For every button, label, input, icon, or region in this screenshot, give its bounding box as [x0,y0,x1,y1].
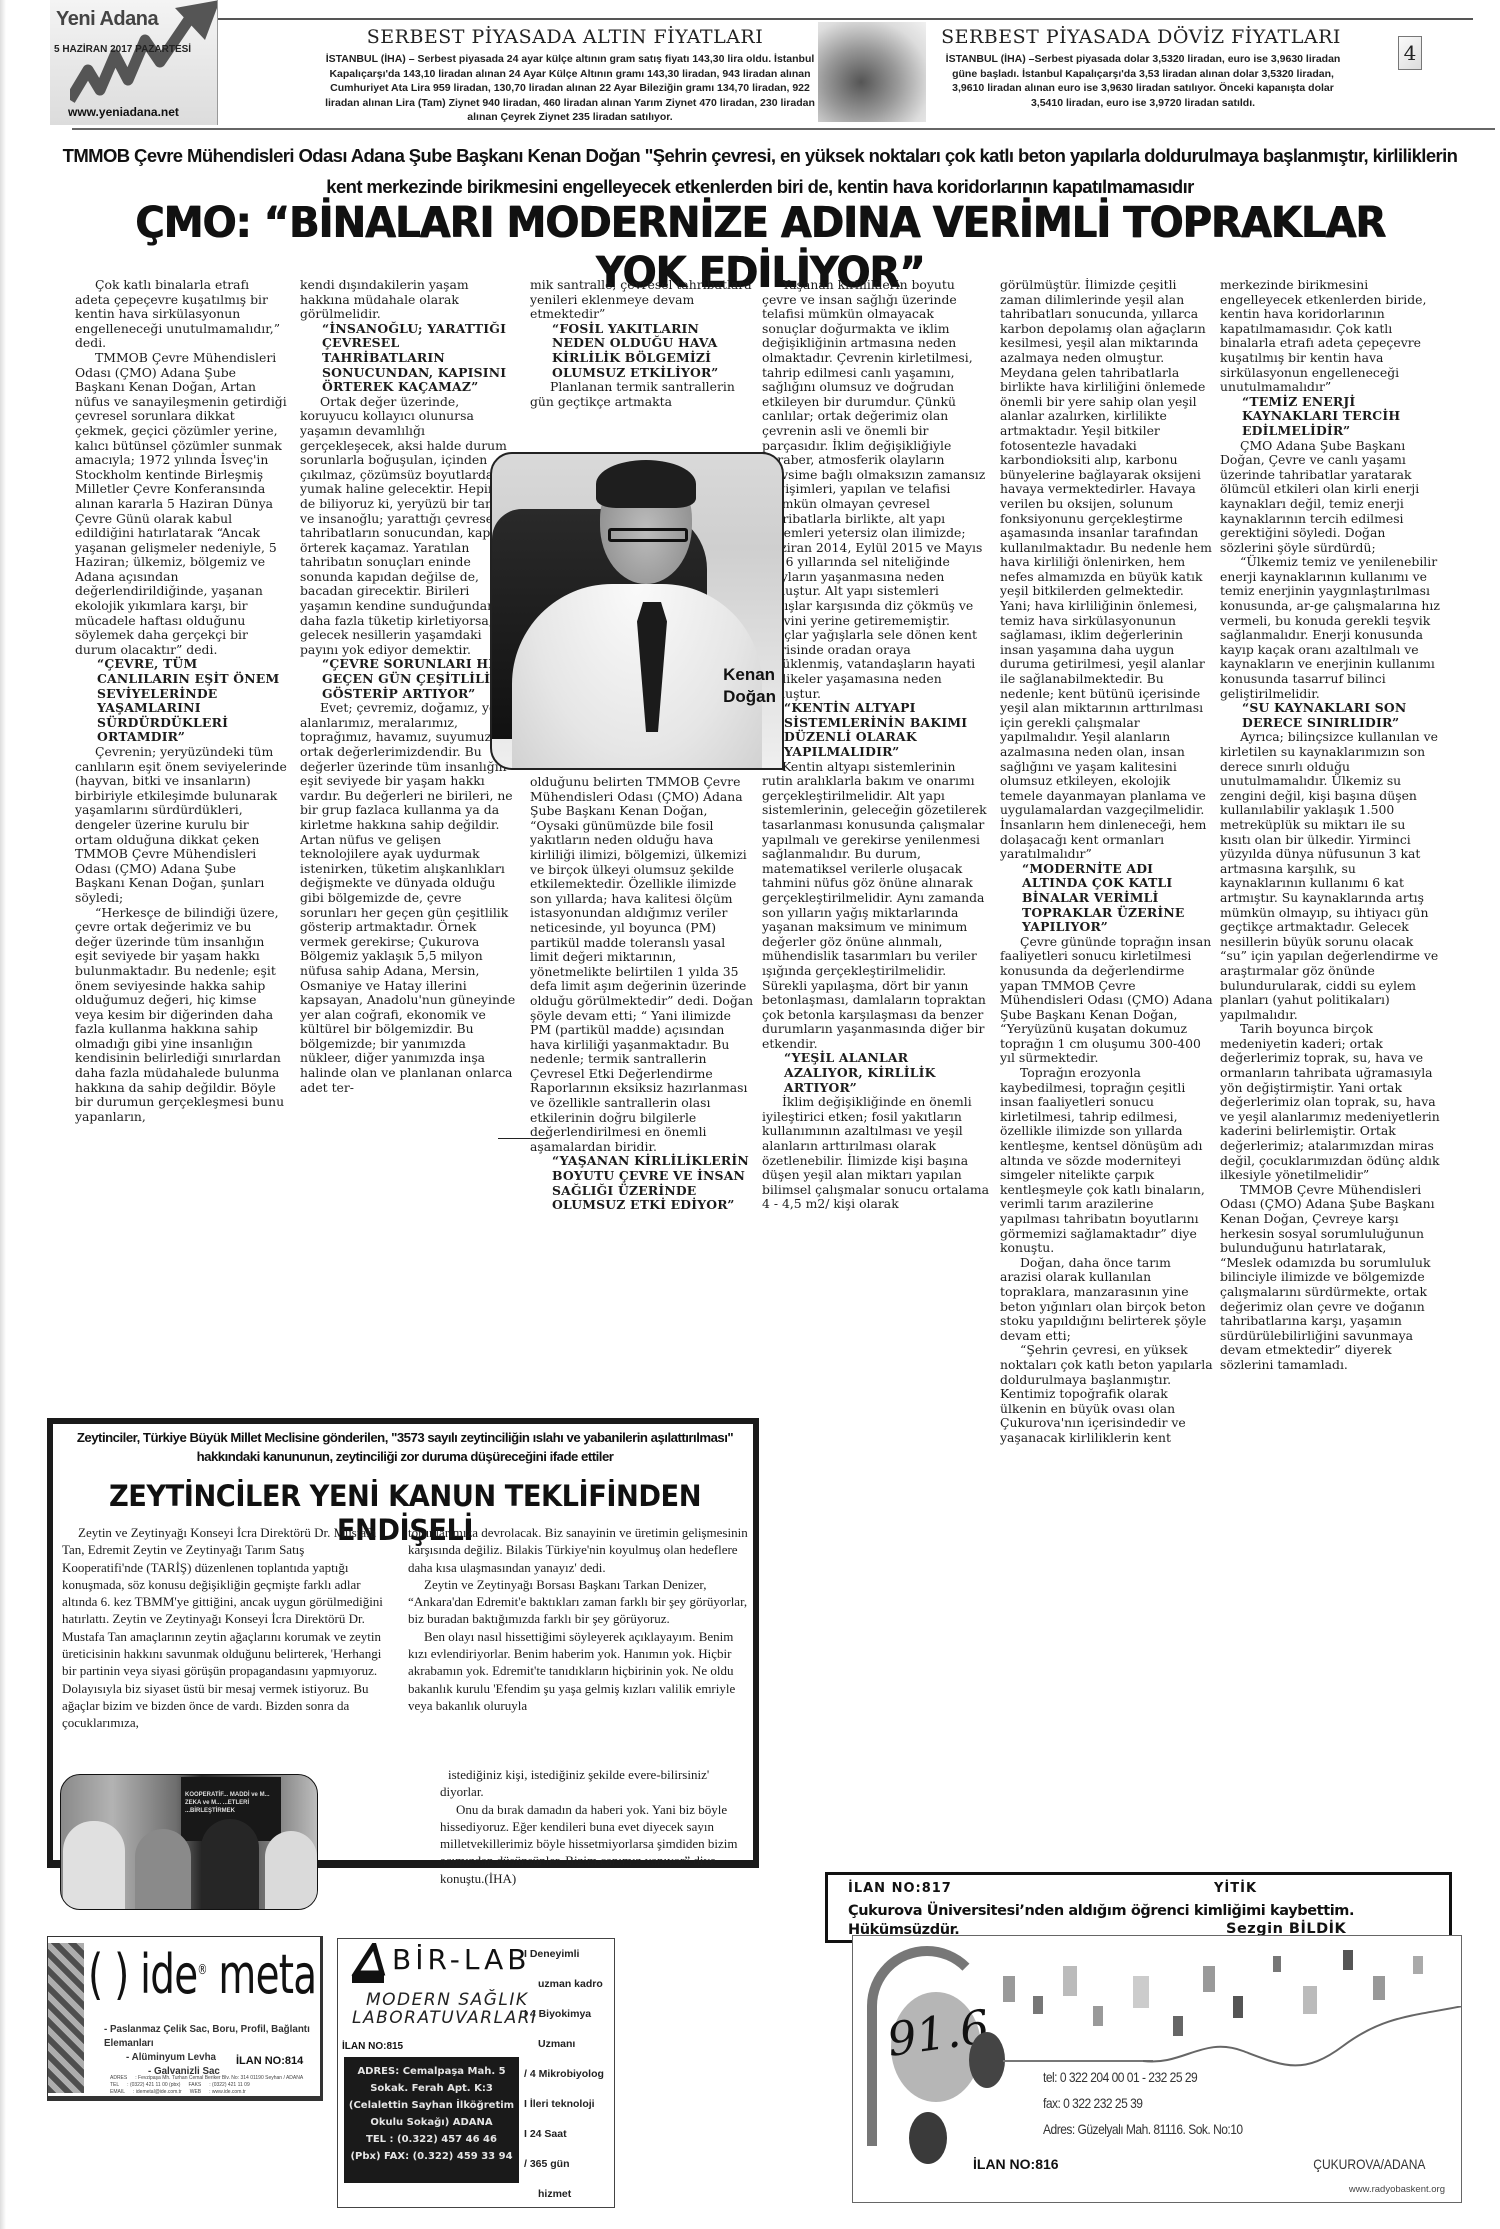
article-column-5: görülmüştür. İlimizde çeşitli zaman dili… [1000,278,1215,1868]
article-column-2: kendi dışındakilerin yaşam hakkına müdah… [300,278,520,1410]
page-number-icon: 4 [1398,36,1422,70]
paragraph: Kentin altyapı sistemlerinin rutin aralı… [762,760,990,1052]
money-image [818,22,926,122]
paragraph: Planlanan termik santrallerin gün geçtik… [530,380,754,409]
radio-website-link[interactable]: www.radyobaskent.org [1349,2184,1445,2195]
olive-meeting-photo: KOOPERATİF... MADDİ ve M... ZEKA ve M...… [60,1774,318,1910]
section-subheading: “YEŞİL ALANLAR AZALIYOR, KİRLİLİK ARTIYO… [762,1051,990,1095]
section-subheading: “MODERNİTE ADI ALTINDA ÇOK KATLI BİNALAR… [1000,862,1215,935]
paragraph: “Herkesçe de bilindiği üzere, çevre orta… [75,906,287,1125]
paragraph: merkezinde birikmesini engelleyecek etke… [1220,278,1440,395]
section-subheading: “TEMİZ ENERJİ KAYNAKLARI TERCİH EDİLMELİ… [1220,395,1440,439]
paragraph: Tarih boyunca birçok medeniyetin kaderi;… [1220,1022,1440,1183]
paragraph: Yaşanan kirliliklerin boyutu çevre ve in… [762,278,990,701]
currency-prices-title: SERBEST PİYASADA DÖVİZ FİYATLARI [936,26,1346,48]
paragraph: “Şehrin çevresi, en yüksek noktaları çok… [1000,1343,1215,1445]
paragraph: İklim değişikliğinde en önemli iyileştir… [762,1095,990,1212]
kenan-dogan-photo: Kenan Doğan [490,452,784,770]
issue-date: 5 HAZİRAN 2017 PAZARTESİ [54,44,191,55]
masthead-divider [72,128,1495,130]
article-column-3-bottom: olduğunu belirten TMMOB Çevre Mühendisle… [530,775,754,1415]
paragraph: Ayrıca; bilinçsizce kullanılan ve kirlet… [1220,730,1440,1022]
paragraph: TMMOB Çevre Mühendisleri Odası (ÇMO) Ada… [75,351,287,657]
paragraph: Evet; çevremiz, doğamız, yeşil alanlarım… [300,701,520,1095]
article-column-4: Yaşanan kirliliklerin boyutu çevre ve in… [762,278,990,1898]
radio-ad[interactable]: 91.6 tel: 0 322 204 00 01 - 232 25 29 fa… [852,1935,1462,2203]
ide-metal-ad[interactable]: ( ) ide® metal - Paslanmaz Çelik Sac, Bo… [47,1936,323,2101]
ide-contact: ADRES: Fevzipaşa Mh. Turhan Cemal Berike… [110,2075,303,2096]
birlab-tagline: MODERN SAĞLIK LABORATUVARLARI [352,1991,538,2027]
paragraph: Toprağın erozyonla kaybedilmesi, toprağı… [1000,1066,1215,1256]
lost-item-notice[interactable]: İLAN NO:817 YİTİK Çukurova Üniversitesi’… [825,1872,1452,1943]
ad-number: İLAN NO:814 [236,2055,303,2067]
birlab-features: I Deneyimli uzman kadro I 4 Biyokimya Uz… [524,1939,614,2208]
section-subheading: “FOSİL YAKITLARIN NEDEN OLDUĞU HAVA KİRL… [530,322,754,380]
rising-arrow-icon [70,0,218,110]
currency-prices-text: İSTANBUL (İHA) –Serbest piyasada dolar 3… [943,52,1343,110]
section-subheading: “YAŞANAN KİRLİLİKLERİN BOYUTU ÇEVRE VE İ… [530,1154,754,1212]
microscope-icon [346,1943,390,1987]
section-subheading: “ÇEVRE, TÜM CANLILARIN EŞİT ÖNEM SEVİYEL… [75,657,287,745]
website-link[interactable]: www.yeniadana.net [68,105,179,119]
section-subheading: “SU KAYNAKLARI SON DERECE SINIRLIDIR” [1220,701,1440,730]
article-column-6: merkezinde birikmesini engelleyecek etke… [1220,278,1440,1868]
paragraph: Çevre gününde toprağın insan faaliyetler… [1000,935,1215,1066]
section-subheading: “KENTİN ALTYAPI SİSTEMLERİNİN BAKIMI DÜZ… [762,701,990,759]
birlab-brand: BİR-LAB [392,1943,531,1976]
masthead-rule [218,18,1473,20]
paragraph: TMMOB Çevre Mühendisleri Odası (ÇMO) Ada… [1220,1183,1440,1373]
gold-prices-title: SERBEST PİYASADA ALTIN FİYATLARI [300,26,830,48]
notice-title: YİTİK [1214,1881,1257,1896]
paragraph: “Ülkemiz temiz ve yenilenebilir enerji k… [1220,555,1440,701]
paragraph: Doğan, daha önce tarım arazisi olarak ku… [1000,1256,1215,1344]
paragraph: mik santralle, çevresel tahribatlara yen… [530,278,754,322]
birlab-address: ADRES: Cemalpaşa Mah. 5 Sokak. Ferah Apt… [344,2057,519,2183]
olive-column-second-text: torunlarımıza devrolacak. Biz sanayinin … [408,1524,753,1714]
section-subheading: “ÇEVRE SORUNLARI HER GEÇEN GÜN ÇEŞİTLİLİ… [300,657,520,701]
paragraph: olduğunu belirten TMMOB Çevre Mühendisle… [530,775,754,1154]
ide-logo: ( ) ide® metal [88,1943,323,2006]
microphone-icon [909,2112,947,2164]
paragraph: kendi dışındakilerin yaşam hakkına müdah… [300,278,520,322]
olive-subheadline: Zeytinciler, Türkiye Büyük Millet Meclis… [60,1428,750,1466]
page-edge [0,0,6,2229]
paragraph: görülmüştür. İlimizde çeşitli zaman dili… [1000,278,1215,862]
ide-products: - Paslanmaz Çelik Sac, Boru, Profil, Bağ… [104,2023,320,2079]
paragraph: Çok katlı binalarla etrafı adeta çepeçev… [75,278,287,351]
radio-contact: tel: 0 322 204 00 01 - 232 25 29 fax: 0 … [1043,2064,1243,2142]
article-subheadline: TMMOB Çevre Mühendisleri Odası Adana Şub… [60,140,1460,202]
column-rule [498,1138,548,1139]
ide-decoration [48,1943,84,2093]
gold-prices-text: İSTANBUL (İHA) – Serbest piyasada 24 aya… [315,52,825,125]
olive-column-1: Zeytin ve Zeytinyağı Konseyi İcra Direkt… [62,1524,387,1732]
newspaper-logo[interactable]: Yeni Adana 5 HAZİRAN 2017 PAZARTESİ www.… [50,0,218,125]
ad-number: İLAN NO:816 [973,2156,1059,2172]
birlab-ad[interactable]: BİR-LAB MODERN SAĞLIK LABORATUVARLARI İL… [337,1938,615,2208]
radio-city: ÇUKUROVA/ADANA [1313,2156,1425,2172]
paragraph: Ortak değer üzerinde, koruyucu kollayıcı… [300,395,520,658]
ad-number: İLAN NO:817 [848,1881,952,1896]
article-column-3-top: mik santralle, çevresel tahribatlara yen… [530,278,754,448]
section-subheading: “İNSANOĞLU; YARATTIĞI ÇEVRESEL TAHRİBATL… [300,322,520,395]
ad-number: İLAN NO:815 [342,2041,403,2052]
article-column-1: Çok katlı binalarla etrafı adeta çepeçev… [75,278,287,1410]
olive-column-lower: istediğiniz kişi, istediğiniz şekilde ev… [440,1766,740,1887]
paragraph: Çevrenin; yeryüzündeki tüm canlıların eş… [75,745,287,906]
photo-caption: Kenan Doğan [723,664,776,708]
paragraph: ÇMO Adana Şube Başkanı Doğan, Çevre ve c… [1220,439,1440,556]
